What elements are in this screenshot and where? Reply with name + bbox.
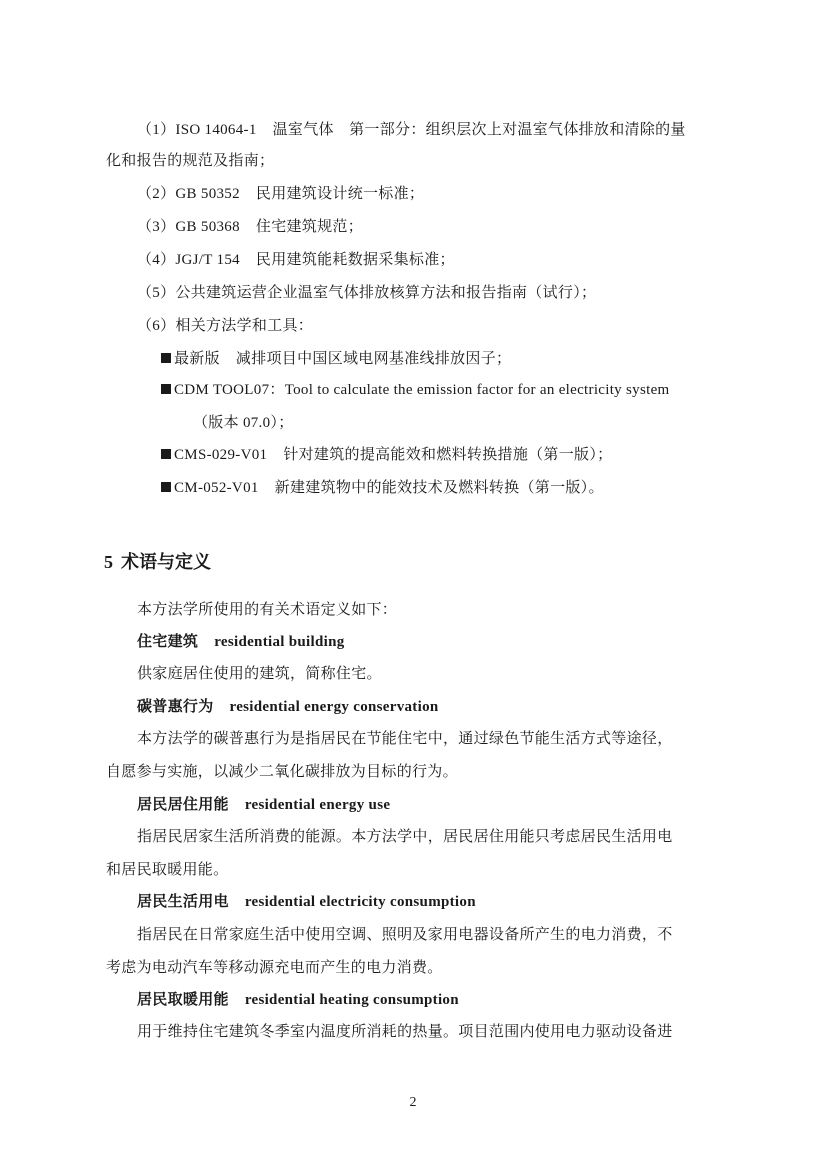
section-number: 5 <box>104 552 113 572</box>
term-en: residential electricity consumption <box>245 894 476 910</box>
term-heading: 居民生活用电residential electricity consumptio… <box>137 892 476 912</box>
tool-item-2-continuation: （版本 07.0）； <box>193 413 294 433</box>
reference-code: （4）JGJ/T 154 <box>137 252 240 268</box>
term-definition: 供家庭居住使用的建筑，简称住宅。 <box>137 664 382 684</box>
term-zh: 居民居住用能 <box>137 797 229 813</box>
document-page: （1）ISO 14064-1温室气体 第一部分：组织层次上对温室气体排放和清除的… <box>0 0 826 1169</box>
tool-item-3: CMS-029-V01针对建筑的提高能效和燃料转换措施（第一版）； <box>161 445 612 465</box>
reference-item-1-continuation: 化和报告的规范及指南； <box>106 151 274 171</box>
square-bullet-icon <box>161 482 171 492</box>
term-zh: 碳普惠行为 <box>137 699 214 715</box>
reference-item-5: （5）公共建筑运营企业温室气体排放核算方法和报告指南（试行）； <box>137 283 596 303</box>
tool-title: 针对建筑的提高能效和燃料转换措施（第一版）； <box>283 447 612 463</box>
tool-code: CDM TOOL07： <box>174 382 285 398</box>
term-definition: 指居民在日常家庭生活中使用空调、照明及家用电器设备所产生的电力消费，不 <box>137 925 673 945</box>
reference-code: （3）GB 50368 <box>137 219 240 235</box>
reference-code: （1）ISO 14064-1 <box>137 122 257 138</box>
reference-title: 温室气体 第一部分：组织层次上对温室气体排放和清除的量 <box>273 122 686 138</box>
reference-title: 民用建筑设计统一标准； <box>256 186 424 202</box>
square-bullet-icon <box>161 353 171 363</box>
term-heading: 居民取暖用能residential heating consumption <box>137 990 459 1010</box>
term-zh: 居民取暖用能 <box>137 992 229 1008</box>
section-heading: 5术语与定义 <box>104 550 211 575</box>
reference-item-1: （1）ISO 14064-1温室气体 第一部分：组织层次上对温室气体排放和清除的… <box>137 120 686 140</box>
tool-title: 新建建筑物中的能效技术及燃料转换（第一版）。 <box>275 480 604 496</box>
tool-item-1: 最新版减排项目中国区域电网基准线排放因子； <box>161 349 511 369</box>
tool-title: Tool to calculate the emission factor fo… <box>285 382 670 398</box>
tool-item-2: CDM TOOL07：Tool to calculate the emissio… <box>161 380 670 400</box>
reference-code: （2）GB 50352 <box>137 186 240 202</box>
term-en: residential energy conservation <box>230 699 439 715</box>
term-zh: 住宅建筑 <box>137 634 198 650</box>
reference-item-3: （3）GB 50368住宅建筑规范； <box>137 217 363 237</box>
term-definition-continuation: 考虑为电动汽车等移动源充电而产生的电力消费。 <box>106 958 443 978</box>
reference-item-2: （2）GB 50352民用建筑设计统一标准； <box>137 184 424 204</box>
term-definition: 指居民居家生活所消费的能源。本方法学中，居民居住用能只考虑居民生活用电 <box>137 827 673 847</box>
tool-title: 减排项目中国区域电网基准线排放因子； <box>236 351 511 367</box>
term-heading: 住宅建筑residential building <box>137 632 345 652</box>
tool-item-4: CM-052-V01新建建筑物中的能效技术及燃料转换（第一版）。 <box>161 478 604 498</box>
square-bullet-icon <box>161 384 171 394</box>
term-definition-continuation: 和居民取暖用能。 <box>106 860 228 880</box>
square-bullet-icon <box>161 449 171 459</box>
reference-item-4: （4）JGJ/T 154民用建筑能耗数据采集标准； <box>137 250 455 270</box>
term-zh: 居民生活用电 <box>137 894 229 910</box>
section-intro: 本方法学所使用的有关术语定义如下： <box>137 600 397 620</box>
term-definition: 本方法学的碳普惠行为是指居民在节能住宅中，通过绿色节能生活方式等途径， <box>137 729 673 749</box>
tool-code: CM-052-V01 <box>174 480 259 496</box>
term-heading: 居民居住用能residential energy use <box>137 795 390 815</box>
tool-code: 最新版 <box>174 351 220 367</box>
tool-code: CMS-029-V01 <box>174 447 267 463</box>
page-number: 2 <box>0 1095 826 1111</box>
term-heading: 碳普惠行为residential energy conservation <box>137 697 439 717</box>
reference-title: 民用建筑能耗数据采集标准； <box>256 252 455 268</box>
term-en: residential building <box>214 634 344 650</box>
section-title: 术语与定义 <box>121 552 211 573</box>
term-en: residential heating consumption <box>245 992 459 1008</box>
term-definition: 用于维持住宅建筑冬季室内温度所消耗的热量。项目范围内使用电力驱动设备进 <box>137 1022 673 1042</box>
reference-item-6: （6）相关方法学和工具： <box>137 316 313 336</box>
reference-title: 住宅建筑规范； <box>256 219 363 235</box>
term-en: residential energy use <box>245 797 390 813</box>
term-definition-continuation: 自愿参与实施，以减少二氧化碳排放为目标的行为。 <box>106 762 458 782</box>
